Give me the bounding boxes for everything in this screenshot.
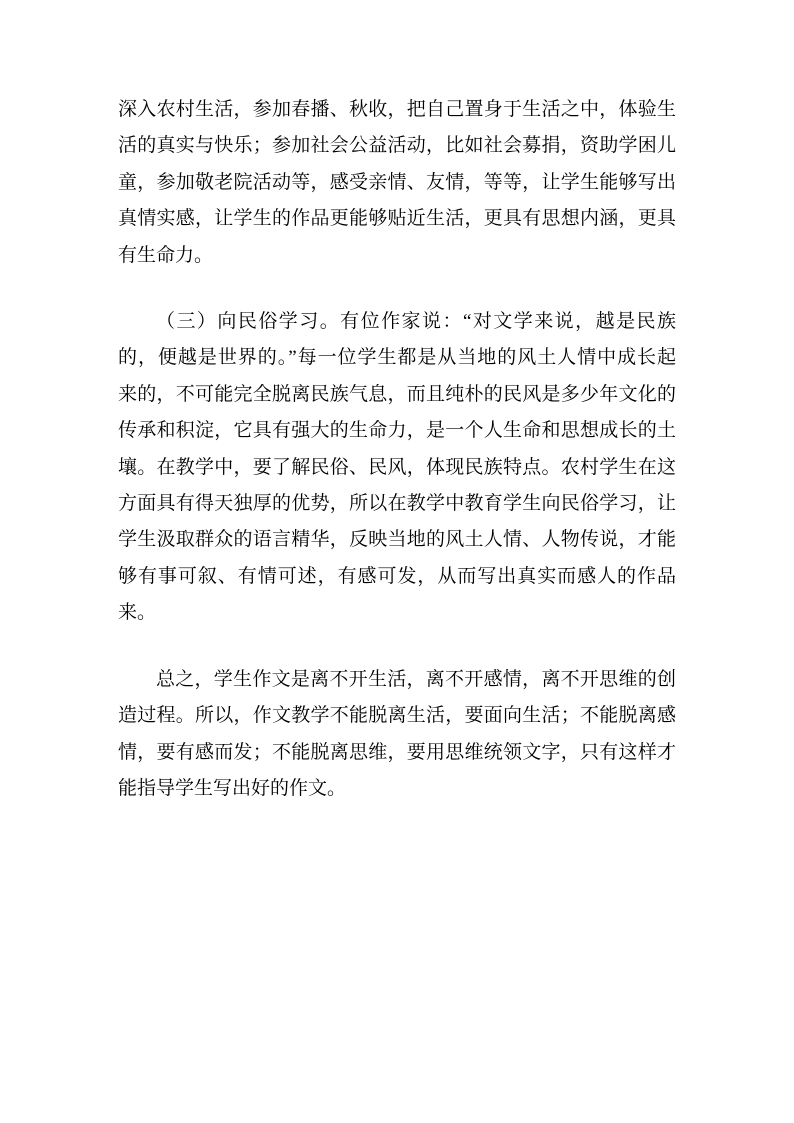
text-line: 学生汲取群众的语言精华，反映当地的风土人情、人物传说，才能 [118,522,676,558]
text-line: 传承和积淀，它具有强大的生命力，是一个人生命和思想成长的土 [118,413,676,449]
text-line: 够有事可叙、有情可述，有感可发，从而写出真实而感人的作品 [118,559,676,595]
text-line: 方面具有得天独厚的优势，所以在教学中教育学生向民俗学习，让 [118,486,676,522]
paragraph: （三）向民俗学习。有位作家说：“对文学来说，越是民族的，便越是世界的。”每一位学… [118,304,676,632]
text-line: 情，要有感而发；不能脱离思维，要用思维统领文字，只有这样才 [118,735,676,771]
text-line: 深入农村生活，参加春播、秋收，把自己置身于生活之中，体验生 [118,92,676,128]
text-line: 来。 [118,595,676,631]
text-line: 童，参加敬老院活动等，感受亲情、友情，等等，让学生能够写出 [118,165,676,201]
text-line: 造过程。所以，作文教学不能脱离生活，要面向生活；不能脱离感 [118,698,676,734]
document-page: 深入农村生活，参加春播、秋收，把自己置身于生活之中，体验生活的真实与快乐；参加社… [0,0,794,1123]
text-line: 能指导学生写出好的作文。 [118,771,676,807]
text-line: 的，便越是世界的。”每一位学生都是从当地的风土人情中成长起 [118,340,676,376]
text-line: 真情实感，让学生的作品更能够贴近生活，更具有思想内涵，更具 [118,201,676,237]
document-text-block: 深入农村生活，参加春播、秋收，把自己置身于生活之中，体验生活的真实与快乐；参加社… [118,92,676,807]
paragraph: 总之，学生作文是离不开生活，离不开感情，离不开思维的创造过程。所以，作文教学不能… [118,662,676,808]
paragraph: 深入农村生活，参加春播、秋收，把自己置身于生活之中，体验生活的真实与快乐；参加社… [118,92,676,274]
text-line: 来的，不可能完全脱离民族气息，而且纯朴的民风是多少年文化的 [118,377,676,413]
text-line: 有生命力。 [118,238,676,274]
text-line: 壤。在教学中，要了解民俗、民风，体现民族特点。农村学生在这 [118,450,676,486]
text-line: 活的真实与快乐；参加社会公益活动，比如社会募捐，资助学困儿 [118,128,676,164]
text-line: （三）向民俗学习。有位作家说：“对文学来说，越是民族 [118,304,676,340]
text-line: 总之，学生作文是离不开生活，离不开感情，离不开思维的创 [118,662,676,698]
